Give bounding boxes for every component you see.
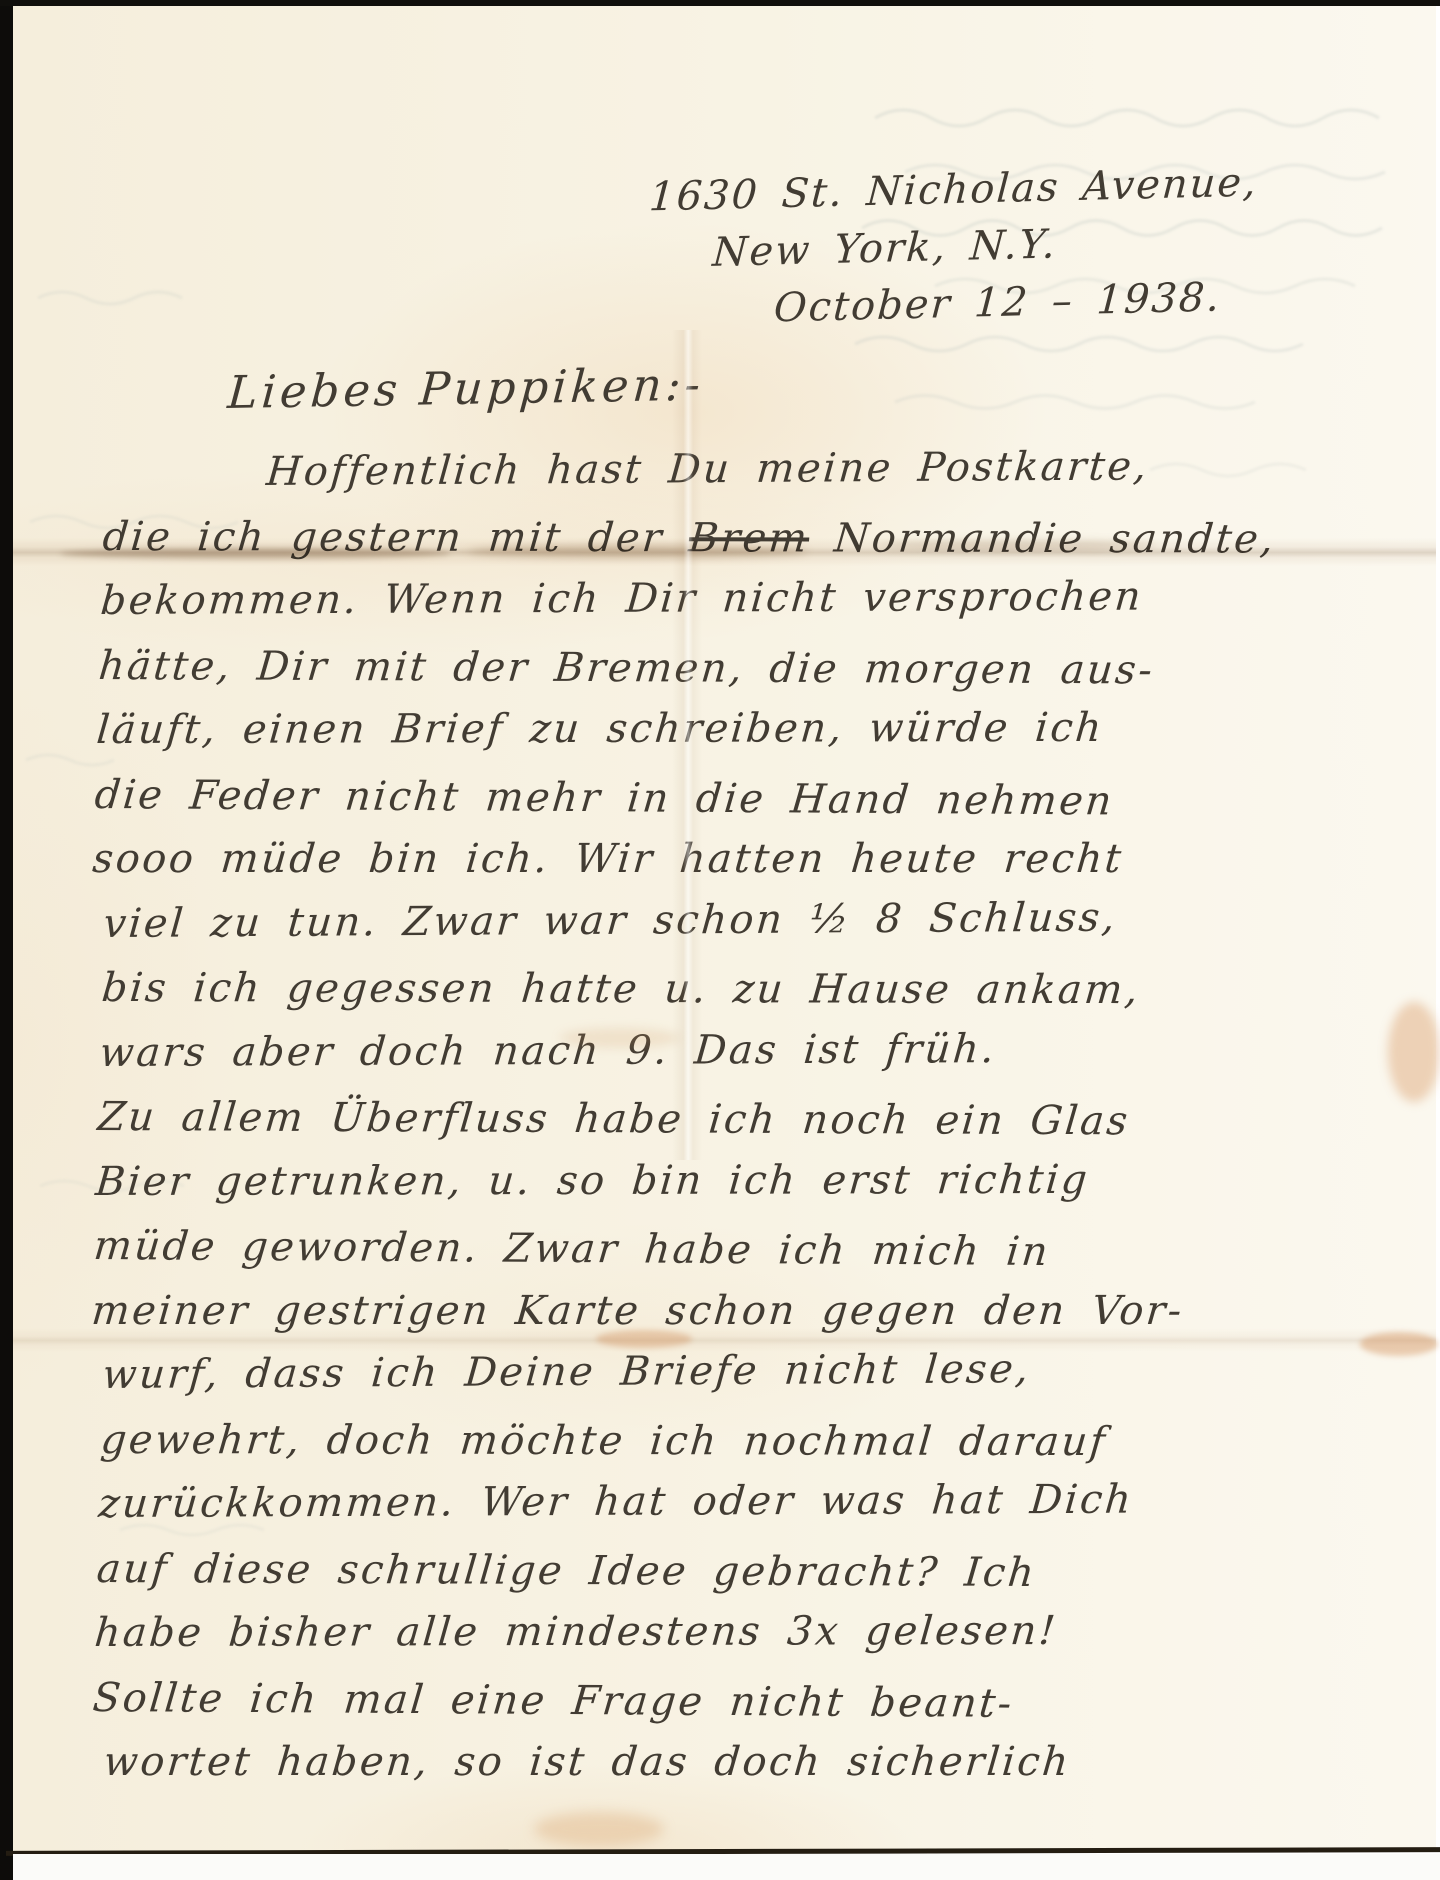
line-text: auf diese schrullige Idee gebracht? Ich — [95, 1546, 1038, 1596]
handwritten-line: viel zu tun. Zwar war schon ½ 8 Schluss, — [101, 886, 1120, 956]
handwritten-line: gewehrt, doch möchte ich nochmal darauf — [98, 1408, 1110, 1474]
scanned-letter-page: 1630 St. Nicholas Avenue, New York, N.Y.… — [0, 0, 1440, 1880]
handwritten-line: zurückkommen. Wer hat oder was hat Dich — [96, 1468, 1136, 1536]
line-text: Sollte ich mal eine Frage nicht beant- — [91, 1675, 1016, 1727]
letter-header: 1630 St. Nicholas Avenue, New York, N.Y.… — [646, 155, 1259, 341]
line-text: gewehrt, doch möchte ich nochmal darauf — [99, 1417, 1109, 1465]
line-text: bekommen. Wenn ich Dir nicht versprochen — [99, 574, 1145, 624]
line-text: habe bisher alle mindestens 3x gelesen! — [93, 1608, 1060, 1656]
handwritten-line: wortet haben, so ist das doch sicherlich — [101, 1730, 1073, 1794]
line-text: die Feder nicht mehr in die Hand nehmen — [93, 772, 1116, 824]
handwritten-line: bekommen. Wenn ich Dir nicht versprochen — [98, 565, 1146, 633]
line-text: meiner gestrigen Karte schon gegen den V… — [90, 1288, 1186, 1334]
line-text: Bier getrunken, u. so bin ich erst richt… — [94, 1157, 1091, 1205]
handwritten-line: die ich gestern mit der Brem Normandie s… — [100, 505, 1279, 571]
line-text: wars aber doch nach 9. Das ist früh. — [98, 1026, 999, 1076]
line-text: läuft, einen Brief zu schreiben, würde i… — [95, 705, 1106, 753]
salutation: Liebes Puppiken:- — [226, 358, 706, 419]
scan-edge-top — [0, 0, 1440, 6]
letter-body: Hoffentlich hast Du meine Postkarte,die … — [95, 440, 1235, 1850]
line-text: hätte, Dir mit der Bremen, die morgen au… — [97, 643, 1157, 693]
line-text: zurückkommen. Wer hat oder was hat Dich — [97, 1477, 1135, 1527]
line-text: Zu allem Überfluss habe ich noch ein Gla… — [96, 1094, 1132, 1144]
line-text: die ich gestern mit der — [101, 514, 691, 561]
line-text: Hoffentlich hast Du meine Postkarte, — [265, 443, 1151, 495]
line-text: wortet haben, so ist das doch sicherlich — [102, 1739, 1073, 1785]
line-text: Normandie sandte, — [807, 515, 1278, 562]
handwritten-line: auf diese schrullige Idee gebracht? Ich — [94, 1537, 1039, 1605]
handwritten-line: Sollte ich mal eine Frage nicht beant- — [90, 1666, 1017, 1736]
date-line: October 12 – 1938. — [772, 268, 1262, 337]
handwritten-line: die Feder nicht mehr in die Hand nehmen — [92, 763, 1117, 833]
scanner-background-strip — [13, 1854, 1440, 1880]
handwritten-line: habe bisher alle mindestens 3x gelesen! — [92, 1599, 1060, 1665]
crossed-out-word: Brem — [687, 515, 811, 561]
handwritten-line: bis ich gegessen hatte u. zu Hause ankam… — [99, 956, 1143, 1022]
handwritten-line: Zu allem Überfluss habe ich noch ein Gla… — [95, 1085, 1133, 1153]
handwritten-line: müde geworden. Zwar habe ich mich in — [91, 1214, 1053, 1284]
handwritten-line: wars aber doch nach 9. Das ist früh. — [97, 1017, 999, 1085]
line-text: müde geworden. Zwar habe ich mich in — [92, 1223, 1052, 1275]
line-text: wurf, dass ich Deine Briefe nicht lese, — [101, 1346, 1033, 1398]
handwritten-line: Bier getrunken, u. so bin ich erst richt… — [93, 1148, 1092, 1214]
line-text: viel zu tun. Zwar war schon ½ 8 Schluss, — [102, 895, 1119, 947]
handwritten-line: sooo müde bin ich. Wir hatten heute rech… — [90, 827, 1126, 891]
handwritten-line: Hoffentlich hast Du meine Postkarte, — [264, 434, 1151, 504]
line-text: bis ich gegessen hatte u. zu Hause ankam… — [100, 965, 1142, 1013]
handwritten-line: meiner gestrigen Karte schon gegen den V… — [89, 1279, 1187, 1343]
handwritten-line: wurf, dass ich Deine Briefe nicht lese, — [100, 1337, 1033, 1407]
handwritten-line: läuft, einen Brief zu schreiben, würde i… — [94, 696, 1106, 762]
handwritten-line: hätte, Dir mit der Bremen, die morgen au… — [96, 634, 1157, 702]
scan-edge-left — [0, 0, 13, 1880]
line-text: sooo müde bin ich. Wir hatten heute rech… — [91, 836, 1126, 882]
